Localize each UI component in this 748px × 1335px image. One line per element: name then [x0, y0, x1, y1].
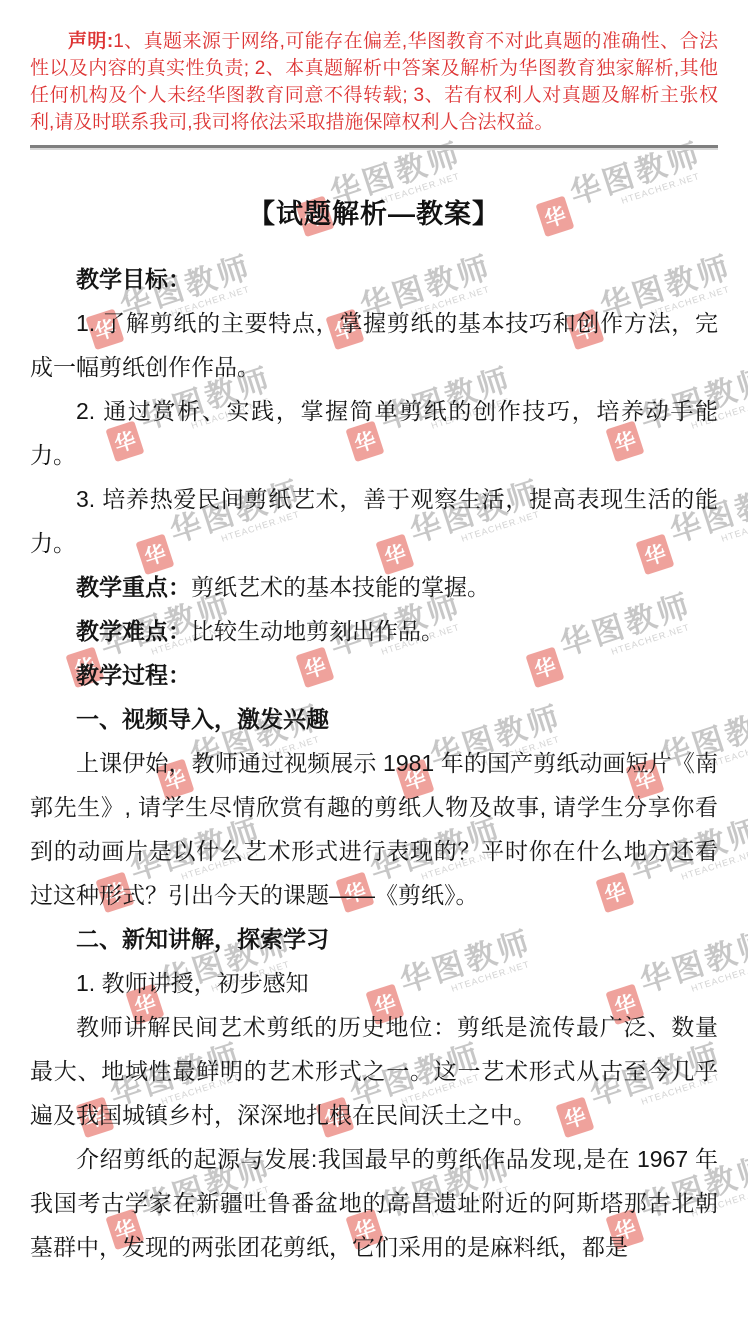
- body-paragraph: 介绍剪纸的起源与发展:我国最早的剪纸作品发现,是在 1967 年我国考古学家在新…: [30, 1137, 718, 1269]
- body-paragraph: 3. 培养热爱民间剪纸艺术，善于观察生活，提高表现生活的能力。: [30, 477, 718, 565]
- labeled-paragraph: 教学重点：剪纸艺术的基本技能的掌握。: [30, 565, 718, 609]
- paragraph-text: 剪纸艺术的基本技能的掌握。: [191, 574, 490, 600]
- section-heading: 教学目标：: [30, 257, 718, 301]
- disclaimer-text: 1、真题来源于网络,可能存在偏差,华图教育不对此真题的准确性、合法性以及内容的真…: [30, 31, 718, 133]
- paragraph-label: 教学重点：: [76, 574, 191, 600]
- body-paragraph: 2. 通过赏析、实践，掌握简单剪纸的创作技巧，培养动手能力。: [30, 389, 718, 477]
- section-heading: 教学过程：: [30, 653, 718, 697]
- disclaimer-label: 声明:: [68, 31, 113, 52]
- disclaimer: 声明:1、真题来源于网络,可能存在偏差,华图教育不对此真题的准确性、合法性以及内…: [30, 28, 718, 136]
- document-body: 教学目标： 1. 了解剪纸的主要特点，掌握剪纸的基本技巧和创作方法，完成一幅剪纸…: [30, 257, 718, 1269]
- document-page: 华华图教师HTEACHER.NET华华图教师HTEACHER.NET华华图教师H…: [0, 0, 748, 1335]
- paragraph-label: 教学难点：: [76, 618, 191, 644]
- section-heading: 二、新知讲解，探索学习: [30, 917, 718, 961]
- body-paragraph: 上课伊始，教师通过视频展示 1981 年的国产剪纸动画短片《南郭先生》, 请学生…: [30, 741, 718, 917]
- body-paragraph: 教师讲解民间艺术剪纸的历史地位：剪纸是流传最广泛、数量最大、地域性最鲜明的艺术形…: [30, 1005, 718, 1137]
- document-content: 声明:1、真题来源于网络,可能存在偏差,华图教育不对此真题的准确性、合法性以及内…: [0, 0, 748, 1335]
- paragraph-text: 比较生动地剪刻出作品。: [191, 618, 444, 644]
- divider: [30, 145, 718, 148]
- labeled-paragraph: 教学难点：比较生动地剪刻出作品。: [30, 609, 718, 653]
- body-paragraph: 1. 教师讲授，初步感知: [30, 961, 718, 1005]
- page-title: 【试题解析—教案】: [30, 192, 718, 231]
- section-heading: 一、视频导入，激发兴趣: [30, 697, 718, 741]
- body-paragraph: 1. 了解剪纸的主要特点，掌握剪纸的基本技巧和创作方法，完成一幅剪纸创作作品。: [30, 301, 718, 389]
